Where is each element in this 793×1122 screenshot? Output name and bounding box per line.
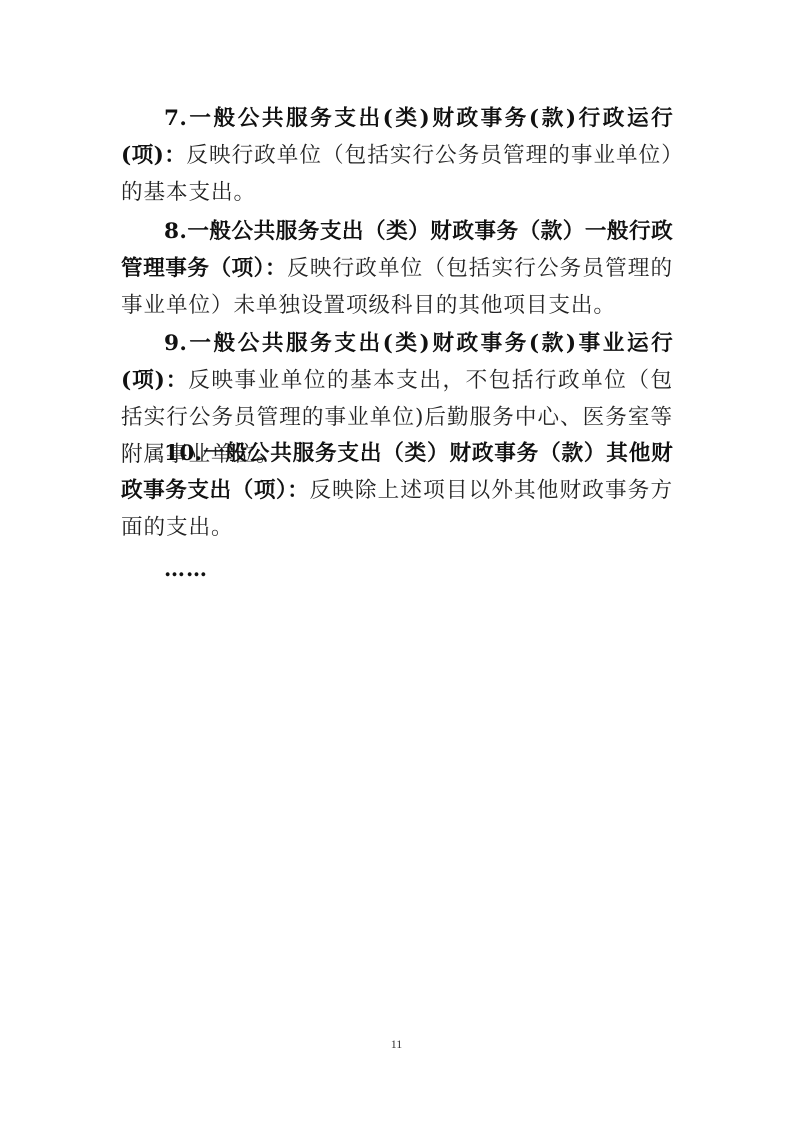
- paragraph-item-7: 7.一般公共服务支出(类)财政事务(款)行政运行(项)：反映行政单位（包括实行公…: [121, 100, 673, 211]
- item-description: 反映行政单位（包括实行公务员管理的事业单位）的基本支出。: [121, 143, 673, 205]
- paragraph-item-8: 8.一般公共服务支出（类）财政事务（款）一般行政管理事务（项）：反映行政单位（包…: [121, 213, 673, 324]
- page-number: 11: [0, 1037, 793, 1052]
- paragraph-item-10: 10.一般公共服务支出（类）财政事务（款）其他财政事务支出（项）：反映除上述项目…: [121, 435, 673, 546]
- continuation-ellipsis: ……: [164, 550, 208, 587]
